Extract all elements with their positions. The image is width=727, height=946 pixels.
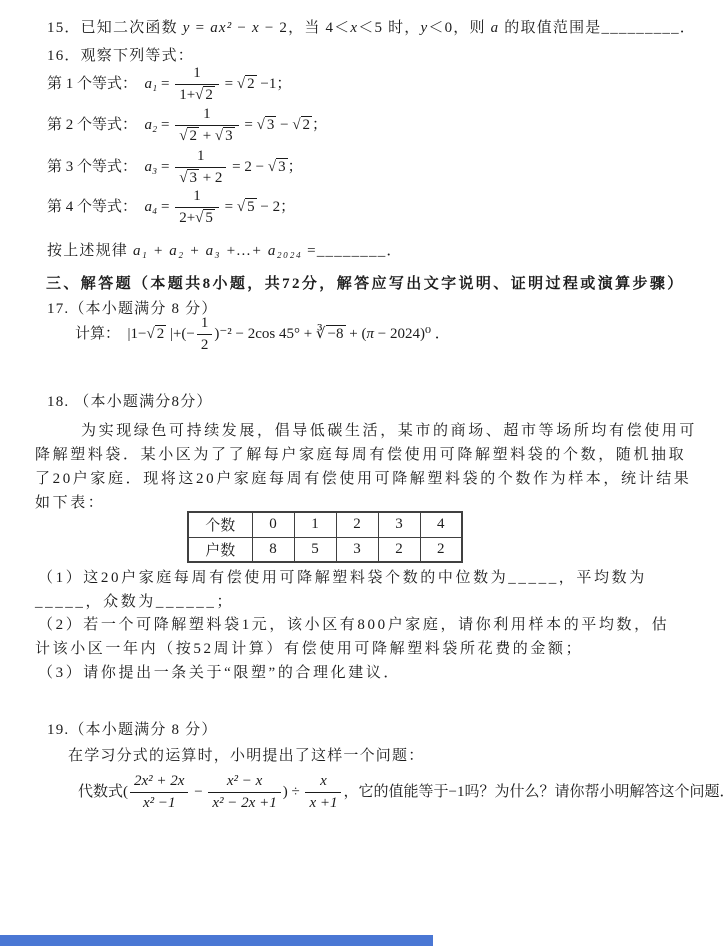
question-18-item-2-cont: 计该小区一年内（按52周计算）有偿使用可降解塑料袋所花费的金额；: [35, 637, 583, 658]
table-cell: 8: [252, 537, 294, 562]
table-row-households: 户数 8 5 3 2 2: [188, 537, 462, 562]
sequence-rule-line: 按上述规律 a₁ + a₂ + a₃ +…+ a₂₀₂₄ =________．: [47, 239, 403, 260]
paragraph-line: 降解塑料袋．某小区为了了解每户家庭每周有偿使用可降解塑料袋的个数，随机抽取: [35, 443, 697, 467]
question-18-item-3: （3）请你提出一条关于“限塑”的合理化建议．: [38, 661, 401, 682]
paragraph-line: 为实现绿色可持续发展，倡导低碳生活，某市的商场、超市等场所均有偿使用可: [35, 419, 697, 443]
table-cell: 1: [294, 512, 336, 537]
question-18-item-1: （1）这20户家庭每周有偿使用可降解塑料袋个数的中位数为_____，平均数为: [38, 566, 647, 587]
table-cell: 2: [378, 537, 420, 562]
question-19-formula: 代数式(2x² + 2xx² −1 − x² − xx² − 2x +1) ÷ …: [78, 769, 727, 815]
table-cell: 个数: [188, 512, 252, 537]
question-18-paragraph: 为实现绿色可持续发展，倡导低碳生活，某市的商场、超市等场所均有偿使用可 降解塑料…: [35, 419, 697, 515]
table-cell: 2: [336, 512, 378, 537]
question-18-heading: 18. （本小题满分8分）: [47, 390, 213, 411]
usage-table: 个数 0 1 2 3 4 户数 8 5 3 2 2: [187, 511, 463, 563]
question-19-heading: 19.（本小题满分 8 分）: [47, 718, 218, 739]
question-17-formula: 计算： |1−√2 |+(−12)⁻² − 2cos 45° + ∛−8 + (…: [75, 314, 450, 355]
exam-page: { "colors": { "accent_bar": "#4a77d4" },…: [0, 0, 727, 946]
table-cell: 0: [252, 512, 294, 537]
question-18-item-1-cont: _____，众数为______；: [35, 590, 234, 611]
equation-2: 第 2 个等式： a₂ = 1√2 + √3 = √3 − √2；: [47, 105, 327, 146]
equation-4: 第 4 个等式： a₄ = 12+√5 = √5 − 2；: [47, 187, 295, 228]
question-19-intro: 在学习分式的运算时，小明提出了这样一个问题：: [68, 744, 424, 765]
table-cell: 5: [294, 537, 336, 562]
question-15-line: 15．已知二次函数 y = ax² − x − 2，当 4＜x＜5 时，y＜0，…: [47, 16, 696, 37]
table-cell: 2: [420, 537, 462, 562]
question-16-title: 16．观察下列等式：: [47, 44, 194, 65]
bottom-accent-bar: [0, 935, 433, 946]
table-row-counts: 个数 0 1 2 3 4: [188, 512, 462, 537]
table-cell: 4: [420, 512, 462, 537]
table-cell: 3: [336, 537, 378, 562]
table-cell: 户数: [188, 537, 252, 562]
table-cell: 3: [378, 512, 420, 537]
paragraph-line: 了20户家庭．现将这20户家庭每周有偿使用可降解塑料袋的个数作为样本，统计结果: [35, 467, 697, 491]
equation-1: 第 1 个等式： a₁ = 11+√2 = √2 −1；: [47, 64, 291, 105]
equation-3: 第 3 个等式： a₃ = 1√3 + 2 = 2 − √3；: [47, 147, 303, 188]
section-3-heading: 三、解答题（本题共8小题，共72分，解答应写出文字说明、证明过程或演算步骤）: [46, 272, 685, 293]
question-18-item-2: （2）若一个可降解塑料袋1元，该小区有800户家庭，请你利用样本的平均数，估: [38, 613, 669, 634]
